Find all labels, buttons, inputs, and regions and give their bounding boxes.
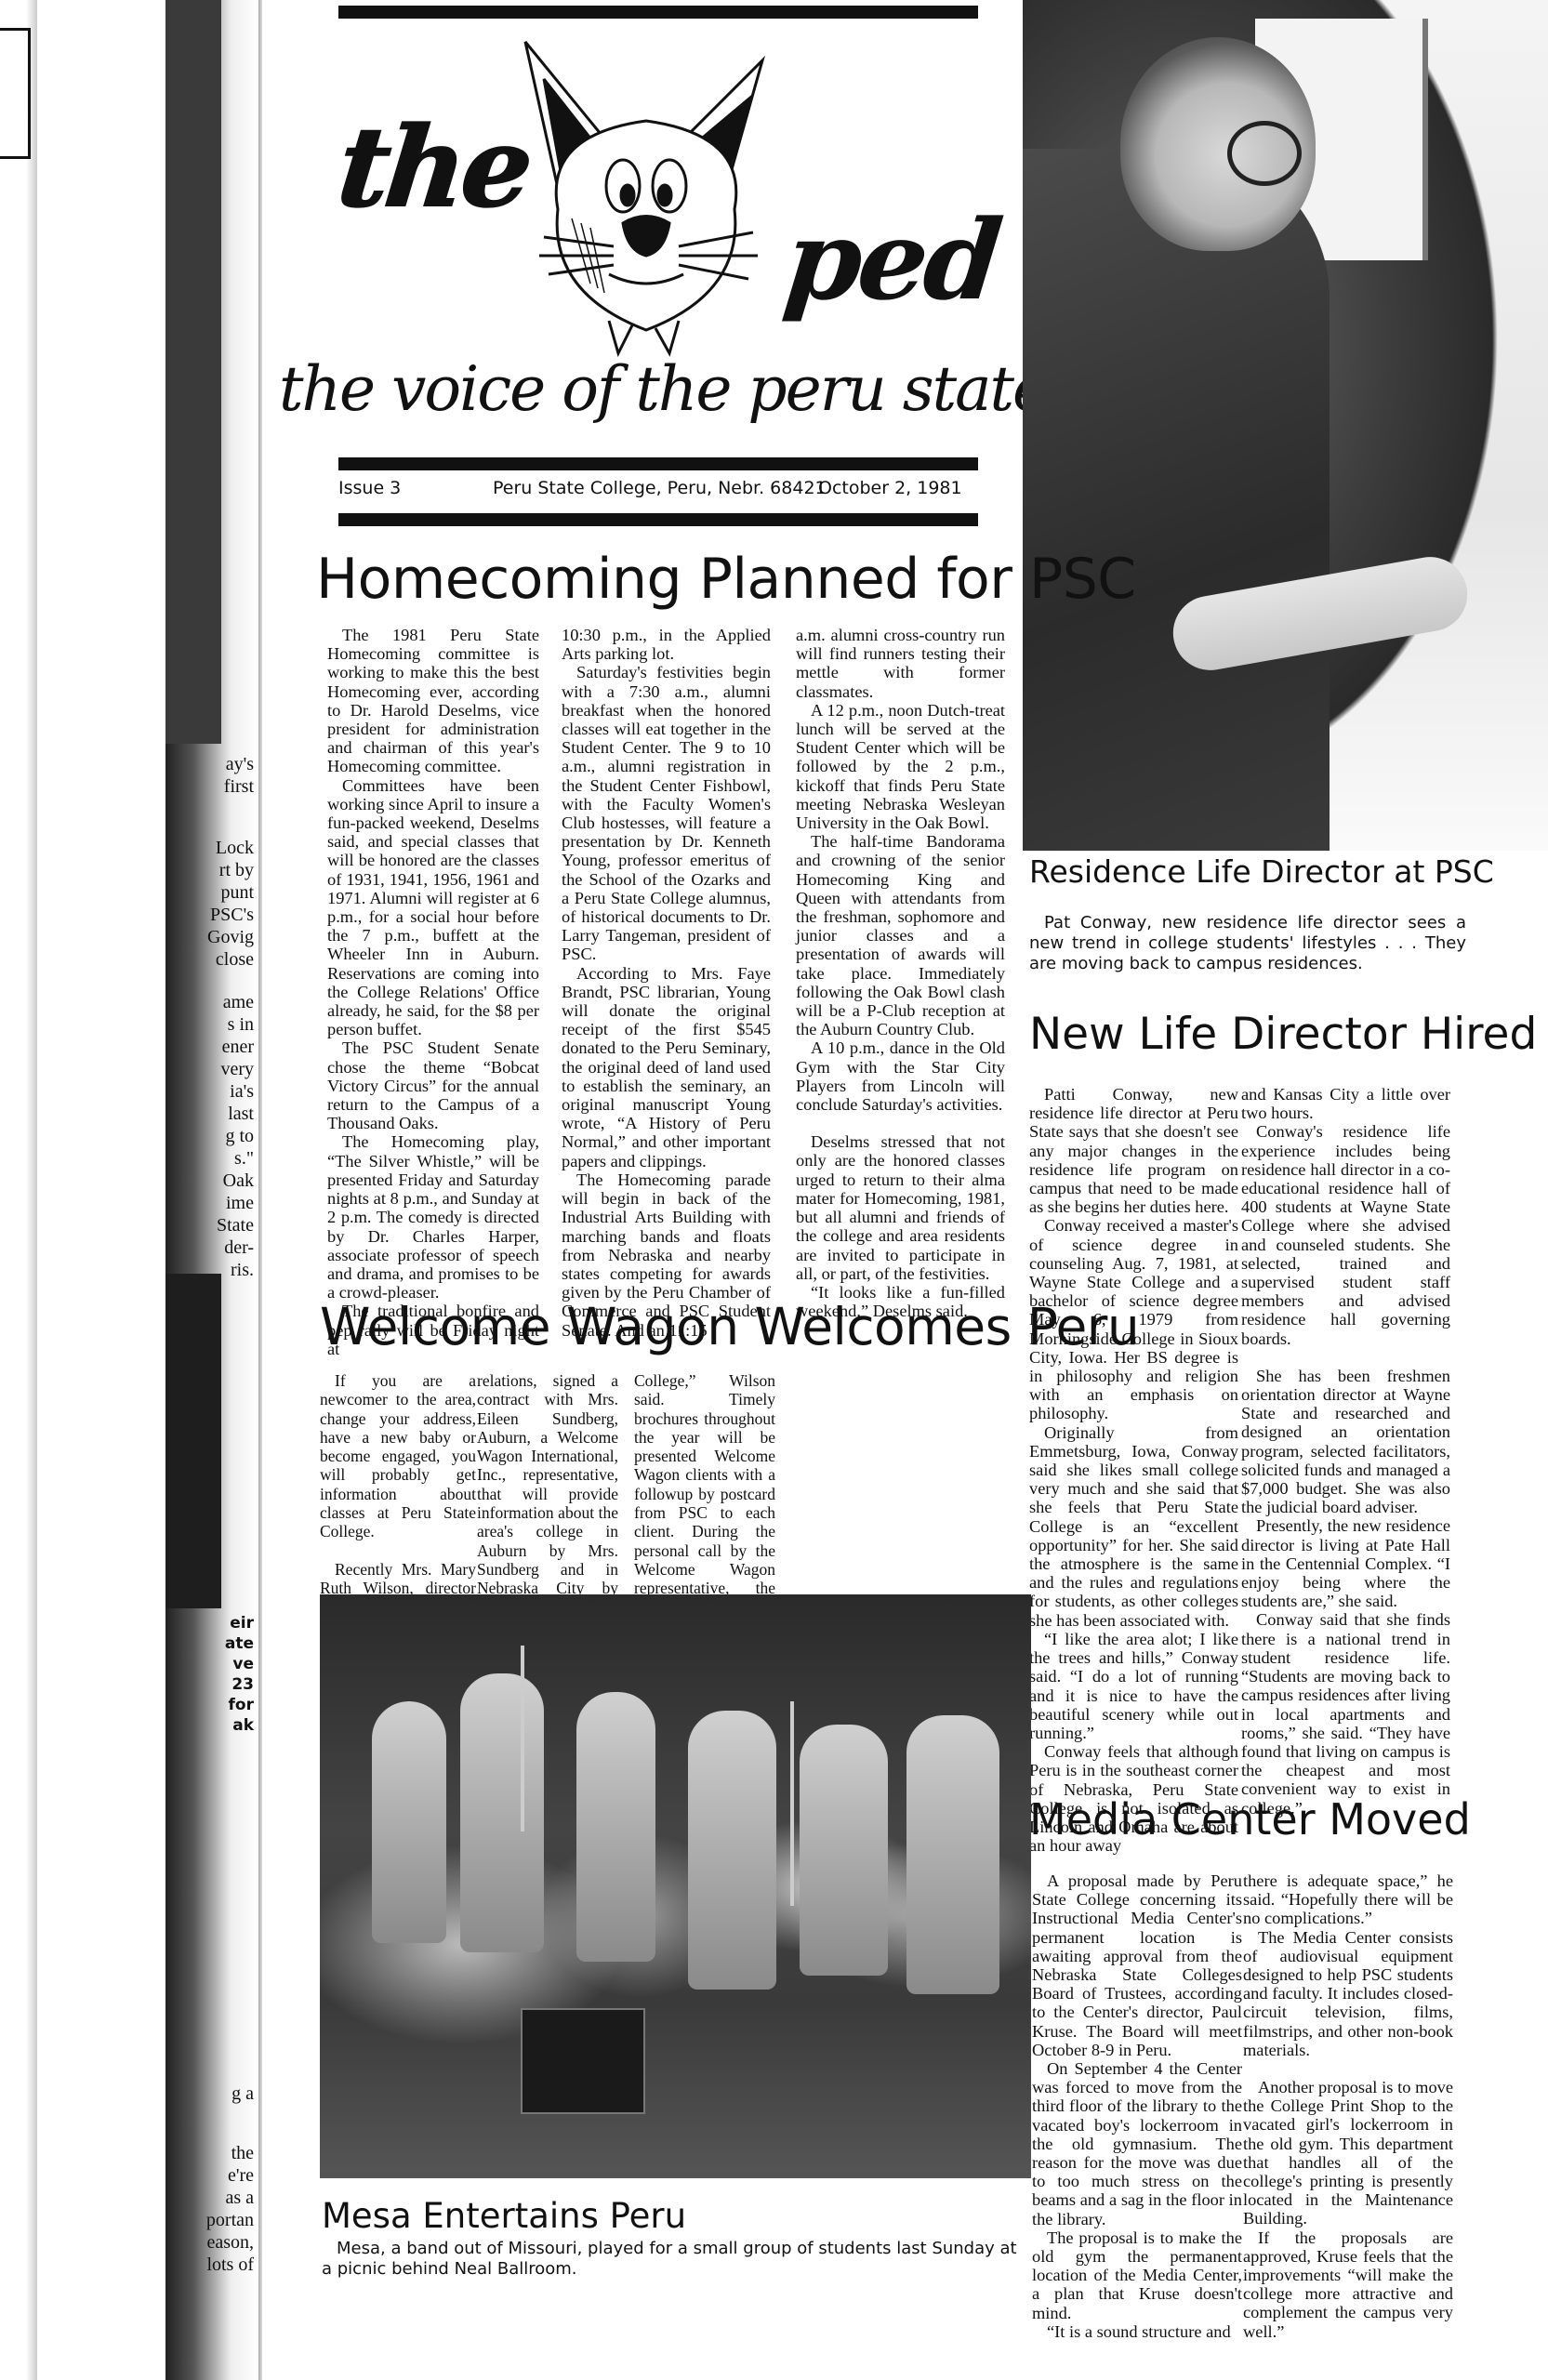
paragraph: a.m. alumni cross-country run will find … bbox=[796, 626, 1005, 701]
new-life-director-column-1: Patti Conway, new residence life directo… bbox=[1029, 1085, 1238, 1855]
paragraph: A proposal made by Peru State College co… bbox=[1032, 1871, 1242, 2059]
strip-line: g a bbox=[165, 2082, 254, 2105]
photo-figure-glasses bbox=[1227, 121, 1302, 186]
strip-line: ak bbox=[165, 1715, 254, 1736]
strip-line: last bbox=[165, 1103, 254, 1125]
page-edge-box bbox=[0, 28, 31, 159]
paragraph: If you are a newcomer to the area, chang… bbox=[320, 1371, 476, 1541]
headline-mesa: Mesa Entertains Peru bbox=[322, 2196, 686, 2236]
paragraph: relations, signed a contract with Mrs. E… bbox=[477, 1371, 618, 1617]
paragraph: A 12 p.m., noon Dutch-treat lunch will b… bbox=[796, 701, 1005, 832]
strip-line: ate bbox=[165, 1633, 254, 1654]
paragraph: “It is a sound structure and bbox=[1032, 2322, 1242, 2341]
paragraph: Another proposal is to move the College … bbox=[1243, 2078, 1453, 2228]
masthead-title-ped: ped bbox=[779, 195, 1005, 324]
masthead-title-the: the bbox=[333, 102, 536, 231]
strip-line: 23 bbox=[165, 1674, 254, 1695]
strip-line: for bbox=[165, 1695, 254, 1715]
strip-line: s." bbox=[165, 1147, 254, 1170]
page-edge-left bbox=[0, 0, 37, 2380]
photo-figure-body bbox=[1023, 149, 1330, 851]
strip-line: punt bbox=[165, 881, 254, 904]
strip-line: ia's bbox=[165, 1080, 254, 1103]
media-center-column-1: A proposal made by Peru State College co… bbox=[1032, 1871, 1242, 2341]
headline-new-life-director: New Life Director Hired bbox=[1029, 1009, 1537, 1060]
paragraph: The half-time Bandorama and crowning of … bbox=[796, 832, 1005, 1038]
strip-line: portan bbox=[165, 2209, 254, 2231]
residence-photo-caption: Pat Conway, new residence life director … bbox=[1029, 913, 1466, 974]
paragraph: Presently, the new residence director is… bbox=[1241, 1516, 1450, 1610]
strip-line: ener bbox=[165, 1036, 254, 1058]
headline-residence-life: Residence Life Director at PSC bbox=[1029, 853, 1494, 890]
paragraph: Originally from Emmetsburg, Iowa, Conway… bbox=[1029, 1423, 1238, 1630]
band-member-2 bbox=[460, 1673, 544, 1952]
strip-line: Govig bbox=[165, 926, 254, 948]
paragraph: Saturday's festivities begin with a 7:30… bbox=[562, 663, 771, 963]
paragraph: and Kansas City a little over two hours. bbox=[1241, 1085, 1450, 1122]
strip-line: ay's bbox=[165, 753, 254, 775]
paragraph: Conway said that she finds there is a na… bbox=[1241, 1610, 1450, 1817]
new-life-director-column-2: and Kansas City a little over two hours.… bbox=[1241, 1085, 1450, 1818]
band-member-1 bbox=[372, 1701, 446, 1943]
band-member-4 bbox=[688, 1711, 776, 1990]
paragraph: If the proposals are approved, Kruse fee… bbox=[1243, 2228, 1453, 2341]
strip-line: Oak bbox=[165, 1170, 254, 1192]
masthead-mid-rule bbox=[338, 457, 978, 470]
strip-line: eir bbox=[165, 1613, 254, 1633]
paragraph: The Homecoming play, “The Silver Whistle… bbox=[327, 1132, 539, 1302]
homecoming-column-1: The 1981 Peru State Homecoming committee… bbox=[327, 626, 539, 1358]
paragraph: Deselms stressed that not only are the h… bbox=[796, 1132, 1005, 1283]
mic-stand bbox=[521, 1646, 524, 1831]
paragraph: The proposal is to make the old gym the … bbox=[1032, 2228, 1242, 2322]
paragraph: A 10 p.m., dance in the Old Gym with the… bbox=[796, 1038, 1005, 1114]
band-member-5 bbox=[800, 1725, 888, 1976]
mic-stand bbox=[790, 1701, 794, 1906]
previous-page-text-bottom: g a the e're as a portan eason, lots of bbox=[165, 2082, 254, 2276]
homecoming-column-2: 10:30 p.m., in the Applied Arts parking … bbox=[562, 626, 771, 1340]
issue-date: October 2, 1981 bbox=[818, 478, 962, 498]
strip-line: lots of bbox=[165, 2254, 254, 2276]
strip-line: very bbox=[165, 1058, 254, 1080]
masthead-top-rule bbox=[338, 6, 978, 19]
strip-line: first bbox=[165, 775, 254, 798]
homecoming-column-3: a.m. alumni cross-country run will find … bbox=[796, 626, 1005, 1320]
strip-line: as a bbox=[165, 2187, 254, 2209]
strip-line: ve bbox=[165, 1654, 254, 1674]
strip-line: the bbox=[165, 2142, 254, 2164]
publisher-address: Peru State College, Peru, Nebr. 68421 bbox=[493, 478, 827, 498]
paragraph: there is adequate space,” he said. “Hope… bbox=[1243, 1871, 1453, 1928]
strip-line: State bbox=[165, 1214, 254, 1236]
previous-page-photo-top bbox=[165, 0, 221, 744]
strip-line: ris. bbox=[165, 1259, 254, 1281]
strip-line: der- bbox=[165, 1236, 254, 1259]
strip-line: close bbox=[165, 948, 254, 971]
paragraph: On September 4 the Center was forced to … bbox=[1032, 2059, 1242, 2228]
band-member-6 bbox=[906, 1715, 999, 1994]
headline-media-center: Media Center Moved bbox=[1029, 1794, 1471, 1844]
paragraph: Patti Conway, new residence life directo… bbox=[1029, 1085, 1238, 1216]
paragraph: Conway's residence life experience inclu… bbox=[1241, 1122, 1450, 1347]
paragraph: Committees have been working since April… bbox=[327, 776, 539, 1039]
strip-line: ame bbox=[165, 991, 254, 1013]
strip-line: Lock bbox=[165, 837, 254, 859]
strip-line: s in bbox=[165, 1013, 254, 1036]
strip-line: e're bbox=[165, 2164, 254, 2187]
headline-welcome-wagon: Welcome Wagon Welcomes Peru bbox=[320, 1297, 1139, 1356]
previous-page-photo-mid bbox=[165, 1274, 221, 1608]
paragraph: The PSC Student Senate chose the theme “… bbox=[327, 1038, 539, 1132]
strip-line: g to bbox=[165, 1125, 254, 1147]
issue-number: Issue 3 bbox=[338, 478, 401, 498]
page-gutter bbox=[258, 0, 262, 2380]
strip-line: ime bbox=[165, 1192, 254, 1214]
paragraph: She has been freshmen orientation direct… bbox=[1241, 1367, 1450, 1517]
previous-page-text-lower: eir ate ve 23 for ak bbox=[165, 1613, 254, 1736]
band-member-3 bbox=[576, 1692, 655, 1962]
band-amplifier bbox=[521, 2008, 645, 2114]
masthead-bottom-rule bbox=[338, 513, 978, 526]
strip-line: PSC's bbox=[165, 904, 254, 926]
paragraph: The 1981 Peru State Homecoming committee… bbox=[327, 626, 539, 776]
previous-page-text-top: ay's first bbox=[165, 753, 254, 798]
mesa-photo-caption: Mesa, a band out of Missouri, played for… bbox=[322, 2239, 1019, 2280]
paragraph: “I like the area alot; I like the trees … bbox=[1029, 1630, 1238, 1742]
strip-line: eason, bbox=[165, 2231, 254, 2254]
paragraph: 10:30 p.m., in the Applied Arts parking … bbox=[562, 626, 771, 663]
masthead-tagline: the voice of the peru state bobcats! bbox=[279, 353, 995, 425]
previous-page-text-mid: Lock rt by punt PSC's Govig close ame s … bbox=[165, 837, 254, 1281]
strip-line: rt by bbox=[165, 859, 254, 881]
headline-homecoming: Homecoming Planned for PSC bbox=[316, 547, 1136, 612]
media-center-column-2: there is adequate space,” he said. “Hope… bbox=[1243, 1871, 1453, 2341]
paragraph: The Media Center consists of audiovisual… bbox=[1243, 1928, 1453, 2059]
bobcat-mascot-icon bbox=[507, 23, 786, 358]
paragraph: According to Mrs. Faye Brandt, PSC libra… bbox=[562, 964, 771, 1170]
